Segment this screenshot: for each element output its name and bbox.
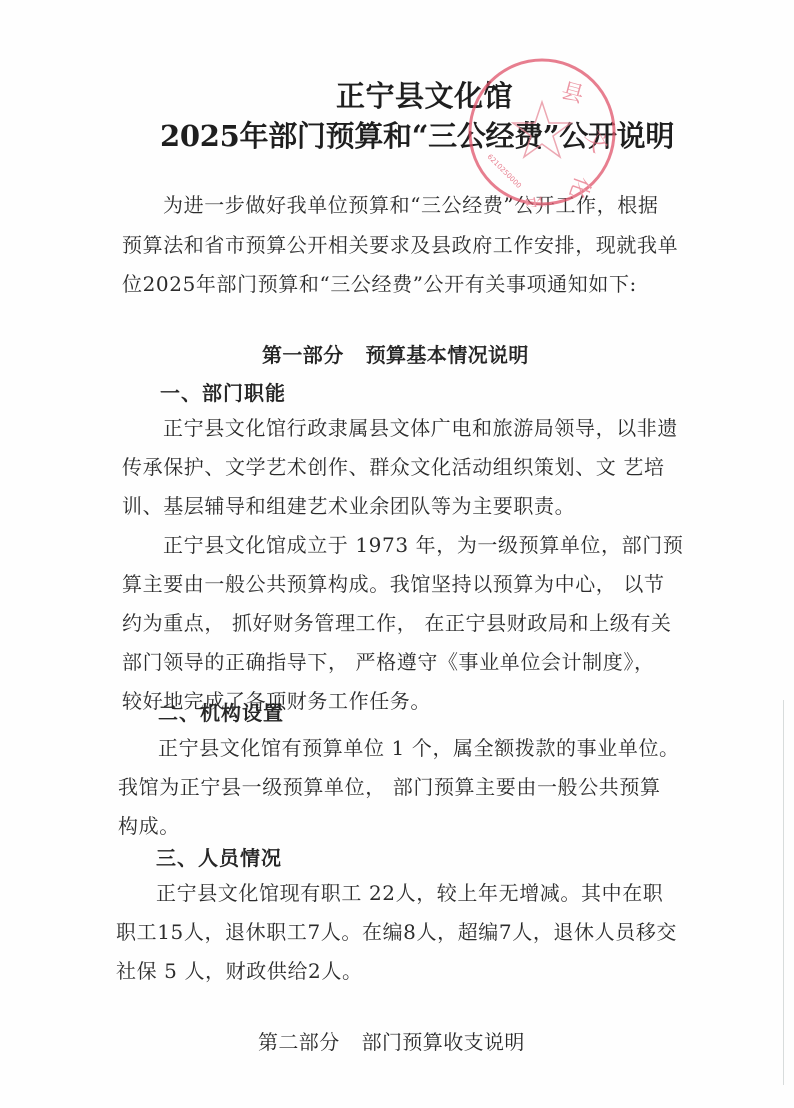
intro-line: 位2025年部门预算和“三公经费”公开有关事项通知如下: bbox=[122, 272, 702, 296]
svg-text:县: 县 bbox=[558, 79, 586, 109]
paragraph-line: 训、基层辅导和组建艺术业余团队等为主要职责。 bbox=[122, 494, 702, 518]
paragraph-line: 职工15人，退休职工7人。在编8人，超编7人，退休人员移交 bbox=[116, 920, 696, 944]
paragraph-line: 正宁县文化馆现有职工 22人，较上年无增减。其中在职 bbox=[156, 881, 736, 905]
part2-number: 第二部分 bbox=[258, 1030, 340, 1054]
paragraph-line: 正宁县文化馆行政隶属县文体广电和旅游局领导，以非遗 bbox=[163, 416, 743, 440]
paragraph-line: 构成。 bbox=[118, 814, 698, 838]
intro-line: 为进一步做好我单位预算和“三公经费”公开工作，根据 bbox=[163, 193, 743, 217]
paragraph-line: 正宁县文化馆成立于 1973 年，为一级预算单位，部门预 bbox=[163, 533, 743, 557]
paragraph-line: 传承保护、文学艺术创作、群众文化活动组织策划、文 艺培 bbox=[122, 455, 702, 479]
paragraph-line: 约为重点， 抓好财务管理工作， 在正宁县财政局和上级有关 bbox=[122, 611, 702, 635]
paragraph-line: 部门领导的正确指导下， 严格遵守《事业单位会计制度》， bbox=[122, 650, 702, 674]
paragraph-line: 算主要由一般公共预算构成。我馆坚持以预算为中心， 以节 bbox=[122, 572, 702, 596]
document-title-line1: 正宁县文化馆 bbox=[336, 74, 513, 115]
document-page: 正宁县文化馆 2025年部门预算和“三公经费”公开说明 县 文 化 馆 6210… bbox=[0, 0, 794, 1108]
section2-heading: 二、机构设置 bbox=[158, 697, 284, 726]
section1-heading: 一、部门职能 bbox=[160, 377, 286, 406]
part1-number: 第一部分 bbox=[262, 343, 344, 367]
scan-edge-line bbox=[783, 700, 784, 1085]
part2-title: 部门预算收支说明 bbox=[362, 1030, 525, 1054]
svg-text:6210250000: 6210250000 bbox=[486, 153, 523, 190]
intro-line: 预算法和省市预算公开相关要求及县政府工作安排，现就我单 bbox=[122, 233, 702, 257]
part1-title: 预算基本情况说明 bbox=[366, 343, 529, 367]
paragraph-line: 社保 5 人，财政供给2人。 bbox=[116, 959, 696, 983]
paragraph-line: 我馆为正宁县一级预算单位， 部门预算主要由一般公共预算 bbox=[118, 775, 698, 799]
paragraph-line: 正宁县文化馆有预算单位 1 个，属全额拨款的事业单位。 bbox=[158, 736, 738, 760]
document-title-line2: 2025年部门预算和“三公经费”公开说明 bbox=[160, 114, 674, 155]
part1-heading: 第一部分预算基本情况说明 bbox=[262, 339, 529, 368]
part2-heading: 第二部分部门预算收支说明 bbox=[258, 1026, 525, 1055]
section3-heading: 三、人员情况 bbox=[156, 842, 282, 871]
